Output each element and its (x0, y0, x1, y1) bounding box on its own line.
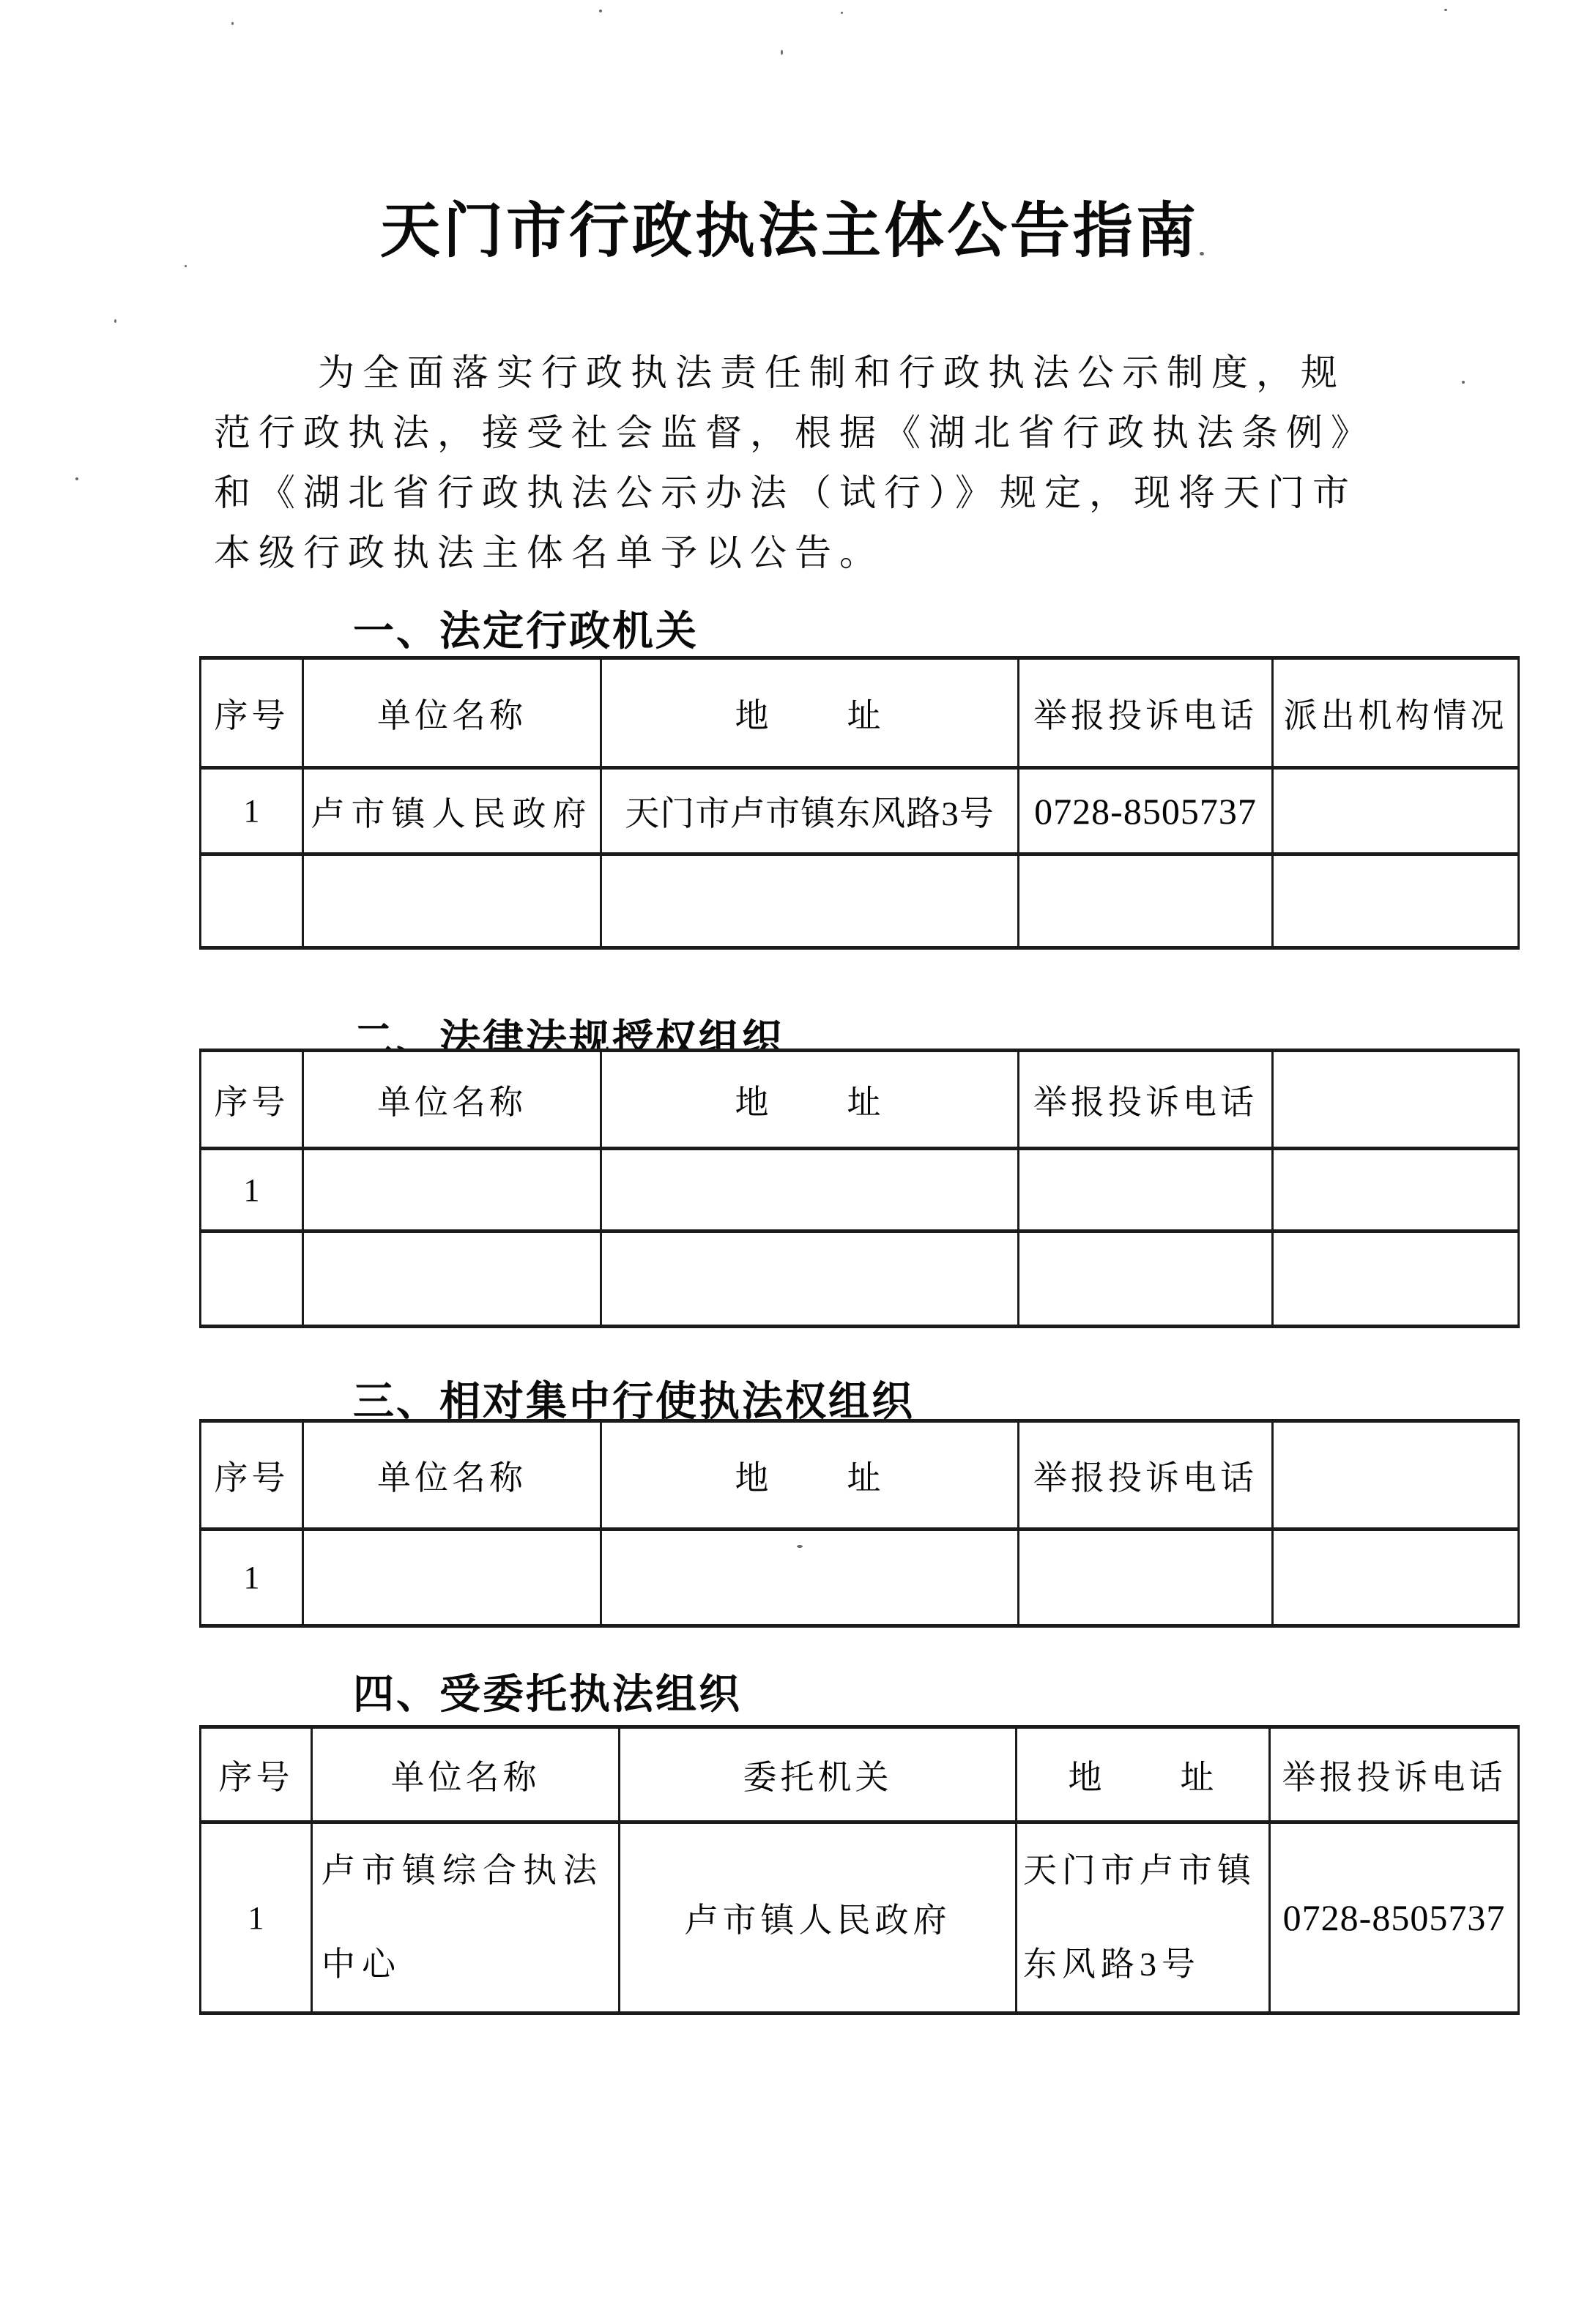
column-header: 序号 (201, 1051, 303, 1149)
scan-artifact (185, 265, 187, 267)
table-row-empty (201, 854, 1519, 948)
table-cell (1019, 1149, 1273, 1232)
column-header: 序号 (201, 1421, 303, 1530)
column-header: 序号 (201, 658, 303, 768)
table-row-empty (201, 1232, 1519, 1327)
column-header: 单位名称 (312, 1727, 620, 1822)
column-header (1273, 1051, 1519, 1149)
section-heading-statutory-organs: 一、法定行政机关 (353, 599, 699, 658)
table-cell-dispatched-org (1273, 768, 1519, 854)
table-cell (303, 1232, 601, 1327)
column-header: 举报投诉电话 (1019, 1051, 1273, 1149)
table-cell (601, 1232, 1019, 1327)
column-header: 地 址 (601, 658, 1019, 768)
table-cell (601, 1149, 1019, 1232)
scan-artifact (231, 22, 234, 25)
column-header: 地 址 (601, 1051, 1019, 1149)
table-cell-unit-name: 卢市镇人民政府 (303, 768, 601, 854)
column-header: 单位名称 (303, 1051, 601, 1149)
scan-artifact (75, 477, 78, 480)
table-cell-seq: 1 (201, 1822, 312, 2014)
scan-artifact (599, 10, 602, 12)
scan-artifact (114, 319, 116, 323)
column-header: 序号 (201, 1727, 312, 1822)
scan-artifact (1444, 9, 1447, 11)
scan-artifact (841, 12, 843, 14)
table-cell (303, 1530, 601, 1626)
table-cell-unit-name: 卢市镇综合执法中心 (312, 1822, 620, 2014)
column-header: 委托机关 (620, 1727, 1017, 1822)
table-cell-phone: 0728-8505737 (1270, 1822, 1519, 2014)
column-header (1273, 1421, 1519, 1530)
table-row: 1 (201, 1530, 1519, 1626)
table-cell (303, 854, 601, 948)
scan-artifact (1200, 252, 1204, 256)
table-entrusted-enforcement-organizations: 序号 单位名称 委托机关 地 址 举报投诉电话 1 卢市镇综合执法中心 卢市镇人… (199, 1725, 1520, 2015)
column-header: 单位名称 (303, 658, 601, 768)
table-cell (201, 1232, 303, 1327)
table-cell (1273, 1530, 1519, 1626)
intro-paragraph: 为全面落实行政执法责任制和行政执法公示制度，规 范行政执法，接受社会监督，根据《… (214, 343, 1375, 583)
table-cell-phone: 0728-8505737 (1019, 768, 1273, 854)
table-cell-seq: 1 (201, 768, 303, 854)
table-cell-address: 天门市卢市镇东风路3号 (601, 768, 1019, 854)
column-header: 举报投诉电话 (1270, 1727, 1519, 1822)
column-header: 单位名称 (303, 1421, 601, 1530)
scan-artifact (797, 1545, 803, 1548)
table-cell-entrusting-organ: 卢市镇人民政府 (620, 1822, 1017, 2014)
table-row: 1 (201, 1149, 1519, 1232)
table-cell (303, 1149, 601, 1232)
table-concentrated-enforcement-organizations: 序号 单位名称 地 址 举报投诉电话 1 (199, 1419, 1520, 1628)
table-cell (201, 854, 303, 948)
table-cell (1273, 1149, 1519, 1232)
paragraph-line: 和《湖北省行政执法公示办法（试行）》规定，现将天门市 (214, 463, 1375, 523)
column-header: 举报投诉电话 (1019, 658, 1273, 768)
table-statutory-administrative-organs: 序号 单位名称 地 址 举报投诉电话 派出机构情况 1 卢市镇人民政府 天门市卢… (199, 656, 1520, 950)
scan-artifact (781, 50, 783, 55)
column-header: 派出机构情况 (1273, 658, 1519, 768)
table-header-row: 序号 单位名称 地 址 举报投诉电话 派出机构情况 (201, 658, 1519, 768)
table-law-authorized-organizations: 序号 单位名称 地 址 举报投诉电话 1 (199, 1049, 1520, 1328)
table-row: 1 卢市镇人民政府 天门市卢市镇东风路3号 0728-8505737 (201, 768, 1519, 854)
section-heading-entrusted-organizations: 四、受委托执法组织 (353, 1662, 742, 1721)
paragraph-line: 为全面落实行政执法责任制和行政执法公示制度，规 (214, 343, 1375, 403)
table-cell (1019, 854, 1273, 948)
table-cell (1273, 854, 1519, 948)
table-row: 1 卢市镇综合执法中心 卢市镇人民政府 天门市卢市镇东风路3号 0728-850… (201, 1822, 1519, 2014)
table-header-row: 序号 单位名称 地 址 举报投诉电话 (201, 1051, 1519, 1149)
table-cell (601, 854, 1019, 948)
table-header-row: 序号 单位名称 地 址 举报投诉电话 (201, 1421, 1519, 1530)
table-cell-seq: 1 (201, 1149, 303, 1232)
table-cell (601, 1530, 1019, 1626)
table-cell (1019, 1530, 1273, 1626)
paragraph-line: 范行政执法，接受社会监督，根据《湖北省行政执法条例》 (214, 403, 1375, 463)
table-cell (1273, 1232, 1519, 1327)
page-title: 天门市行政执法主体公告指南 (0, 183, 1579, 269)
column-header: 地 址 (601, 1421, 1019, 1530)
column-header: 地 址 (1017, 1727, 1270, 1822)
table-cell-address: 天门市卢市镇东风路3号 (1017, 1822, 1270, 2014)
paragraph-line: 本级行政执法主体名单予以公告。 (214, 523, 1375, 583)
table-cell (1019, 1232, 1273, 1327)
table-header-row: 序号 单位名称 委托机关 地 址 举报投诉电话 (201, 1727, 1519, 1822)
scan-artifact (1462, 381, 1465, 384)
column-header: 举报投诉电话 (1019, 1421, 1273, 1530)
table-cell-seq: 1 (201, 1530, 303, 1626)
document-page: 天门市行政执法主体公告指南 为全面落实行政执法责任制和行政执法公示制度，规 范行… (0, 0, 1579, 2324)
